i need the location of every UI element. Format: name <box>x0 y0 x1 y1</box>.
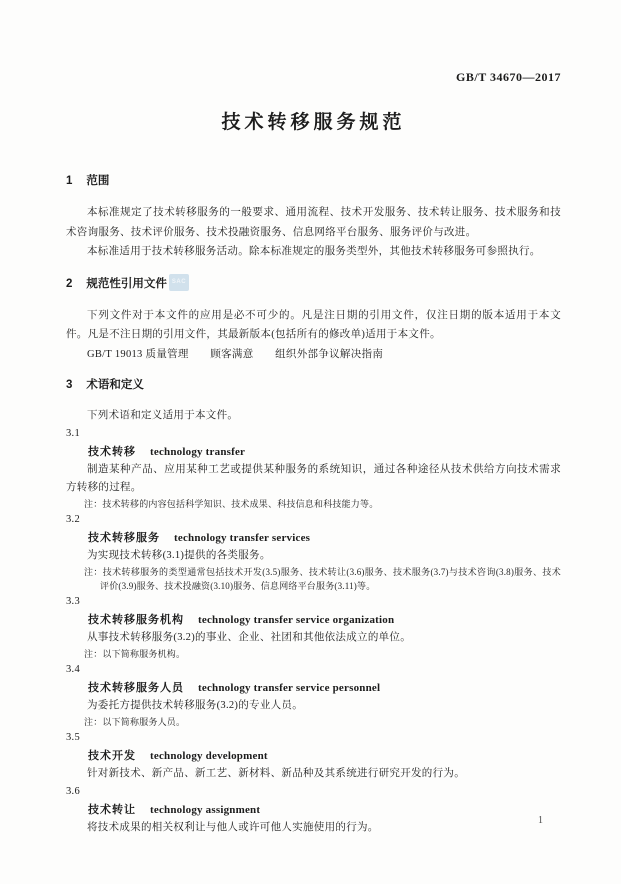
term-number: 3.1 <box>66 425 561 443</box>
term-definition: 针对新技术、新产品、新工艺、新材料、新品种及其系统进行研究开发的行为。 <box>66 765 561 783</box>
term-english: technology development <box>150 750 268 762</box>
term-english: technology transfer service personnel <box>198 682 380 694</box>
term-definition: 为委托方提供技术转移服务(3.2)的专业人员。 <box>66 697 561 715</box>
term-definition: 制造某种产品、应用某种工艺或提供某种服务的系统知识，通过各种途径从技术供给方向技… <box>66 461 561 497</box>
sac-watermark-stamp: SAC <box>169 274 189 291</box>
document-title: 技术转移服务规范 <box>66 111 561 135</box>
scope-body: 本标准规定了技术转移服务的一般要求、通用流程、技术开发服务、技术转让服务、技术服… <box>66 203 561 262</box>
term-chinese: 技术开发 <box>88 750 136 762</box>
document-page: GB/T 34670—2017 技术转移服务规范 1范围 本标准规定了技术转移服… <box>0 0 621 884</box>
term-definition: 将技术成果的相关权利让与他人或许可他人实施使用的行为。 <box>66 819 561 837</box>
term-entry: 3.3 技术转移服务机构technology transfer service … <box>66 593 561 661</box>
term-number: 3.3 <box>66 593 561 611</box>
reference-entry: GB/T 19013 质量管理 顾客满意 组织外部争议解决指南 <box>66 345 561 365</box>
term-entry: 3.1 技术转移technology transfer 制造某种产品、应用某种工… <box>66 425 561 511</box>
term-english: technology assignment <box>150 804 260 816</box>
section-heading-terms: 3术语和定义 <box>66 377 561 393</box>
section-title: 规范性引用文件 <box>86 278 167 290</box>
term-title: 技术转移服务technology transfer services <box>66 529 561 547</box>
term-title: 技术转移服务机构technology transfer service orga… <box>66 611 561 629</box>
term-definition: 为实现技术转移(3.1)提供的各类服务。 <box>66 547 561 565</box>
term-english: technology transfer service organization <box>198 614 394 626</box>
term-note: 注：技术转移的内容包括科学知识、技术成果、科技信息和科技能力等。 <box>66 497 561 511</box>
term-number: 3.6 <box>66 783 561 801</box>
term-number: 3.4 <box>66 661 561 679</box>
term-entry: 3.2 技术转移服务technology transfer services 为… <box>66 511 561 593</box>
term-entry: 3.6 技术转让technology assignment 将技术成果的相关权利… <box>66 783 561 837</box>
section-title: 范围 <box>86 175 109 187</box>
section-number: 2 <box>66 276 72 292</box>
term-title: 技术开发technology development <box>66 747 561 765</box>
page-number: 1 <box>538 815 543 826</box>
term-entry: 3.4 技术转移服务人员technology transfer service … <box>66 661 561 729</box>
section-heading-references: 2规范性引用文件 SAC <box>66 276 561 292</box>
section-number: 1 <box>66 173 72 189</box>
scope-paragraph: 本标准规定了技术转移服务的一般要求、通用流程、技术开发服务、技术转让服务、技术服… <box>66 203 561 242</box>
scope-paragraph: 本标准适用于技术转移服务活动。除本标准规定的服务类型外，其他技术转移服务可参照执… <box>66 242 561 262</box>
term-entry: 3.5 技术开发technology development 针对新技术、新产品… <box>66 729 561 783</box>
term-chinese: 技术转移服务 <box>88 532 160 544</box>
term-definition: 从事技术转移服务(3.2)的事业、企业、社团和其他依法成立的单位。 <box>66 629 561 647</box>
term-title: 技术转让technology assignment <box>66 801 561 819</box>
terms-intro: 下列术语和定义适用于本文件。 <box>66 406 561 425</box>
term-title: 技术转移technology transfer <box>66 443 561 461</box>
term-chinese: 技术转让 <box>88 804 136 816</box>
section-title: 术语和定义 <box>86 379 144 391</box>
term-english: technology transfer services <box>174 532 310 544</box>
term-chinese: 技术转移服务机构 <box>88 614 184 626</box>
references-paragraph: 下列文件对于本文件的应用是必不可少的。凡是注日期的引用文件，仅注日期的版本适用于… <box>66 306 561 345</box>
term-number: 3.2 <box>66 511 561 529</box>
standard-number: GB/T 34670—2017 <box>66 70 561 85</box>
term-chinese: 技术转移 <box>88 446 136 458</box>
section-heading-scope: 1范围 <box>66 173 561 189</box>
references-body: 下列文件对于本文件的应用是必不可少的。凡是注日期的引用文件，仅注日期的版本适用于… <box>66 306 561 365</box>
term-english: technology transfer <box>150 446 245 458</box>
term-number: 3.5 <box>66 729 561 747</box>
term-title: 技术转移服务人员technology transfer service pers… <box>66 679 561 697</box>
term-note: 注：技术转移服务的类型通常包括技术开发(3.5)服务、技术转让(3.6)服务、技… <box>66 565 561 593</box>
section-number: 3 <box>66 377 72 393</box>
term-chinese: 技术转移服务人员 <box>88 682 184 694</box>
term-note: 注：以下简称服务人员。 <box>66 715 561 729</box>
term-note: 注：以下简称服务机构。 <box>66 647 561 661</box>
